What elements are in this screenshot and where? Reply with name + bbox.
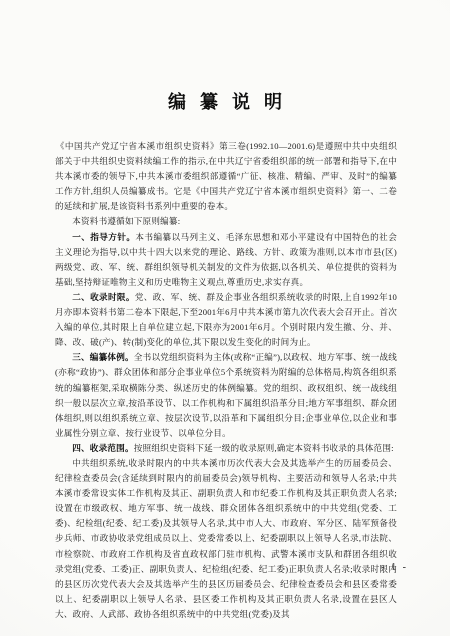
scanned-book-page: 编纂说明 《中国共产党辽宁省本溪市组织史资料》第三卷(1992.10—2001.…	[0, 0, 450, 636]
paragraph-text: 中共组织系统,收录时限内的中共本溪市历次代表大会及其选举产生的历届委员会、纪律检…	[55, 458, 397, 619]
paragraph-principles-lead: 本资料书遵循如下原则编纂:	[55, 214, 397, 229]
section-label: 三、编纂体例。	[72, 352, 134, 362]
section-label: 二、收录时限。	[72, 292, 135, 302]
section-label: 一、指导方针。	[72, 232, 135, 242]
paragraph-scope-lead: 四、收录范围。按照组织史资料下延一级的收录原则,确定本资料书收录的具体范围:	[55, 441, 397, 456]
page-title: 编纂说明	[0, 88, 450, 114]
paragraph-guiding-policy: 一、指导方针。本书编纂以马列主义、毛泽东思想和邓小平建设有中国特色的社会主义理论…	[55, 230, 397, 290]
paragraph-text: 全书以党组织资料为主体(或称“正编”),以政权、地方军事、统一战线(亦称“政协”…	[55, 352, 397, 437]
paragraph-text: 按照组织史资料下延一级的收录原则,确定本资料书收录的具体范围:	[134, 443, 394, 453]
paragraph-cpc-system: 中共组织系统,收录时限内的中共本溪市历次代表大会及其选举产生的历届委员会、纪律检…	[55, 456, 397, 622]
page-number: - 1 -	[358, 562, 408, 573]
paragraph-style: 三、编纂体例。全书以党组织资料为主体(或称“正编”),以政权、地方军事、统一战线…	[55, 350, 397, 441]
paragraph-intro: 《中国共产党辽宁省本溪市组织史资料》第三卷(1992.10—2001.6)是遵照…	[55, 139, 397, 214]
paragraph-text: 《中国共产党辽宁省本溪市组织史资料》第三卷(1992.10—2001.6)是遵照…	[55, 141, 397, 211]
section-label: 四、收录范围。	[72, 443, 134, 453]
paragraph-text: 本资料书遵循如下原则编纂:	[72, 216, 180, 226]
paragraph-time-span: 二、收录时限。党、政、军、统、群及企事业各组织系统收录的时限,上自1992年10…	[55, 290, 397, 350]
document-body: 《中国共产党辽宁省本溪市组织史资料》第三卷(1992.10—2001.6)是遵照…	[55, 139, 397, 622]
